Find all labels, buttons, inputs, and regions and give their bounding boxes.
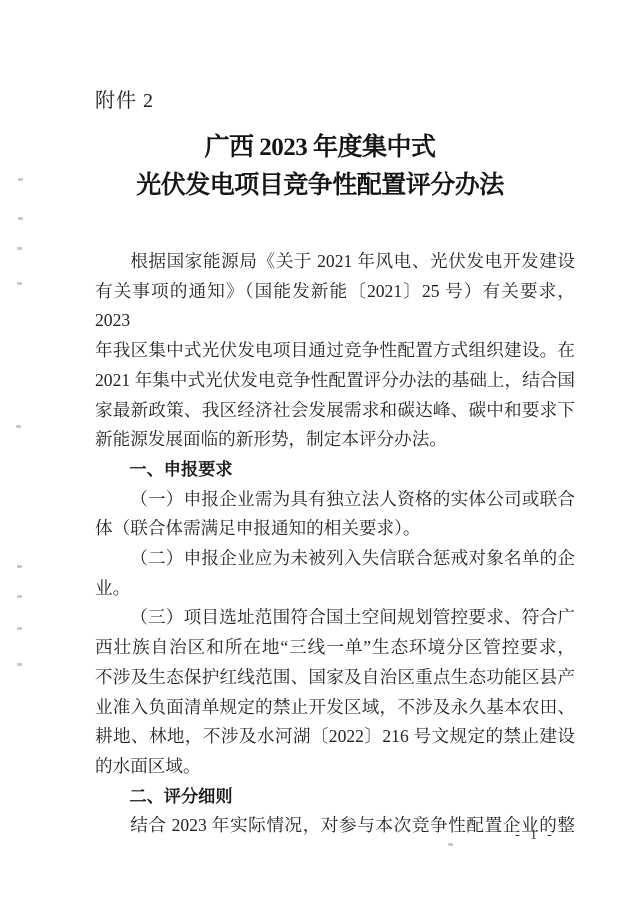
body-line: 家最新政策、我区经济社会发展需求和碳达峰、碳中和要求下 <box>95 396 575 426</box>
body-line: （二）申报企业应为未被列入失信联合惩戒对象名单的企 <box>95 544 575 574</box>
page-number: - 1 - <box>515 827 555 844</box>
scan-artifact <box>17 282 22 285</box>
body-line: 业。 <box>95 574 575 604</box>
scan-artifact <box>17 565 22 568</box>
body-line: 体（联合体需满足申报通知的相关要求）。 <box>95 514 575 544</box>
scan-artifact <box>17 595 22 598</box>
body-line: 业准入负面清单规定的禁止开发区域，不涉及永久基本农田、 <box>95 693 575 723</box>
body-line: 有关事项的通知》（国能发新能〔2021〕25 号）有关要求，2023 <box>95 277 575 336</box>
document-body: 根据国家能源局《关于 2021 年风电、光伏发电开发建设有关事项的通知》（国能发… <box>95 247 575 841</box>
document-title-line-2: 光伏发电项目竞争性配置评分办法 <box>80 167 560 205</box>
attachment-label: 附件 2 <box>95 84 154 113</box>
body-line: 根据国家能源局《关于 2021 年风电、光伏发电开发建设 <box>95 247 575 277</box>
body-line: （三）项目选址范围符合国土空间规划管控要求、符合广 <box>95 603 575 633</box>
scan-artifact <box>17 247 22 250</box>
body-line: （一）申报企业需为具有独立法人资格的实体公司或联合 <box>95 485 575 515</box>
body-line: 不涉及生态保护红线范围、国家及自治区重点生态功能区县产 <box>95 663 575 693</box>
scan-artifact <box>17 663 22 666</box>
scan-artifact <box>448 843 453 846</box>
scan-artifact <box>16 425 21 428</box>
body-line: 2021 年集中式光伏发电竞争性配置评分办法的基础上，结合国 <box>95 366 575 396</box>
scan-artifact <box>18 178 23 181</box>
body-line: 年我区集中式光伏发电项目通过竞争性配置方式组织建设。在 <box>95 336 575 366</box>
body-line: 耕地、林地，不涉及水河湖〔2022〕216 号文规定的禁止建设 <box>95 722 575 752</box>
document-title-line-1: 广西 2023 年度集中式 <box>80 129 560 167</box>
body-line: 的水面区域。 <box>95 752 575 782</box>
body-line: 西壮族自治区和所在地“三线一单”生态环境分区管控要求， <box>95 633 575 663</box>
body-line: 结合 2023 年实际情况，对参与本次竞争性配置企业的整 <box>95 811 575 841</box>
document-page: 附件 2 广西 2023 年度集中式 光伏发电项目竞争性配置评分办法 根据国家能… <box>0 0 640 903</box>
body-line: 新能源发展面临的新形势，制定本评分办法。 <box>95 425 575 455</box>
scan-artifact <box>18 217 23 220</box>
section-heading: 一、申报要求 <box>95 455 575 485</box>
section-heading: 二、评分细则 <box>95 782 575 812</box>
scan-artifact <box>17 627 22 630</box>
document-title: 广西 2023 年度集中式 光伏发电项目竞争性配置评分办法 <box>80 129 560 205</box>
